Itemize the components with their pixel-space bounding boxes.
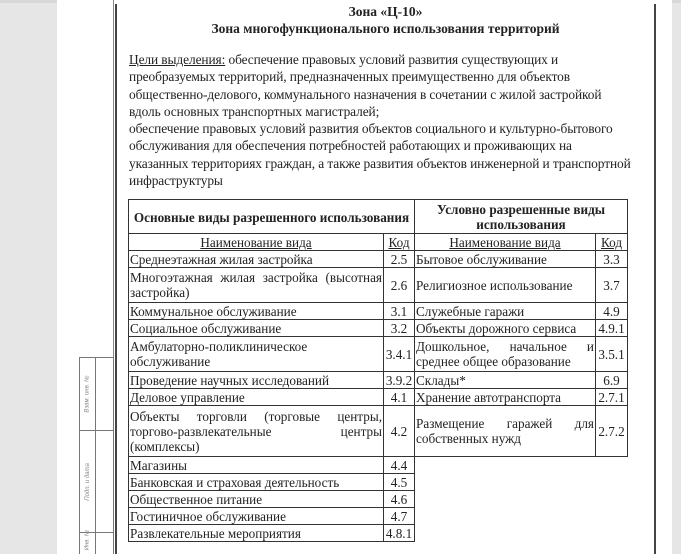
conditional-use-code: 2.7.2 [596,406,628,457]
main-use-code: 4.6 [384,491,415,508]
main-use-name: Многоэтажная жилая застройка (высотная з… [129,268,384,303]
conditional-use-name: Служебные гаражи [415,303,596,320]
main-use-code: 3.1 [384,303,415,320]
main-use-name: Коммунальное обслуживание [129,303,384,320]
conditional-use-code: 2.7.1 [596,389,628,406]
permitted-use-table: Основные виды разрешенного использования… [128,199,628,542]
main-use-name: Социальное обслуживание [129,320,384,337]
conditional-use-name: Размещение гаражей для собственных нужд [415,406,596,457]
table-row: Развлекательные мероприятия 4.8.1 [129,525,628,542]
goals-paragraph-2: обеспечение правовых условий развития об… [129,120,634,189]
main-use-name: Деловое управление [129,389,384,406]
main-use-name: Амбулаторно-поликлиническое обслуживание [129,337,384,372]
main-use-code: 4.7 [384,508,415,525]
main-use-name: Общественное питание [129,491,384,508]
conditional-use-name: Хранение автотранспорта [415,389,596,406]
main-use-name: Развлекательные мероприятия [129,525,384,542]
conditional-use-code: 3.3 [596,251,628,268]
conditional-use-name: Религиозное использование [415,268,596,303]
table-row: Банковская и страховая деятельность 4.5 [129,474,628,491]
main-name-column-header: Наименование вида [129,234,384,251]
conditional-use-name: Объекты дорожного сервиса [415,320,596,337]
conditional-use-code: 6.9 [596,372,628,389]
conditional-use-name: Склады* [415,372,596,389]
table-row: Гостиничное обслуживание 4.7 [129,508,628,525]
main-use-code: 3.2 [384,320,415,337]
stamp-box-inv-number: Инв. № [79,532,114,554]
table-row: Коммунальное обслуживание 3.1 Служебные … [129,303,628,320]
stamp-label: Взам. инв. № [85,375,91,412]
table-row: Общественное питание 4.6 [129,491,628,508]
stamp-label: Инв. № [85,530,91,551]
table-row: Амбулаторно-поликлиническое обслуживание… [129,337,628,372]
main-use-code: 2.6 [384,268,415,303]
table-row: Многоэтажная жилая застройка (высотная з… [129,268,628,303]
main-use-name: Объекты торговли (торговые центры, торго… [129,406,384,457]
goals-label: Цели выделения: [129,52,225,67]
main-use-code: 3.9.2 [384,372,415,389]
stamp-box-signature-date: Подп. и дата [79,430,114,532]
zone-goals: Цели выделения: обеспечение правовых усл… [129,51,634,189]
main-use-code: 4.1 [384,389,415,406]
main-use-name: Банковская и страховая деятельность [129,474,384,491]
table-row: Проведение научных исследований 3.9.2 Ск… [129,372,628,389]
main-use-code: 2.5 [384,251,415,268]
main-use-code: 3.4.1 [384,337,415,372]
conditional-use-code: 3.5.1 [596,337,628,372]
conditional-name-column-header: Наименование вида [415,234,596,251]
main-uses-header: Основные виды разрешенного использования [129,200,415,234]
main-use-code: 4.8.1 [384,525,415,542]
main-use-code: 4.5 [384,474,415,491]
page-frame-right [654,4,656,554]
main-use-code: 4.4 [384,457,415,474]
conditional-use-code: 3.7 [596,268,628,303]
table-row: Социальное обслуживание 3.2 Объекты доро… [129,320,628,337]
main-use-name: Магазины [129,457,384,474]
table-row: Среднеэтажная жилая застройка 2.5 Бытово… [129,251,628,268]
stamp-border-line [113,0,114,358]
main-code-column-header: Код [384,234,415,251]
table-row: Деловое управление 4.1 Хранение автотран… [129,389,628,406]
conditional-use-name: Дошкольное, начальное и среднее общее об… [415,337,596,372]
stamp-label: Подп. и дата [85,463,91,501]
stamp-box-replacement-inv: Взам. инв. № [79,357,114,430]
main-use-code: 4.2 [384,406,415,457]
conditional-use-code: 4.9 [596,303,628,320]
main-use-name: Среднеэтажная жилая застройка [129,251,384,268]
zone-subtitle: Зона многофункционального использования … [117,20,654,37]
conditional-uses-header: Условно разрешенные виды использования [415,200,628,234]
table-row: Объекты торговли (торговые центры, торго… [129,406,628,457]
conditional-code-column-header: Код [596,234,628,251]
page-frame-left [115,4,117,554]
table-row: Магазины 4.4 [129,457,628,474]
zone-title: Зона «Ц-10» [117,3,654,20]
main-use-name: Проведение научных исследований [129,372,384,389]
main-use-name: Гостиничное обслуживание [129,508,384,525]
conditional-use-code: 4.9.1 [596,320,628,337]
conditional-use-name: Бытовое обслуживание [415,251,596,268]
